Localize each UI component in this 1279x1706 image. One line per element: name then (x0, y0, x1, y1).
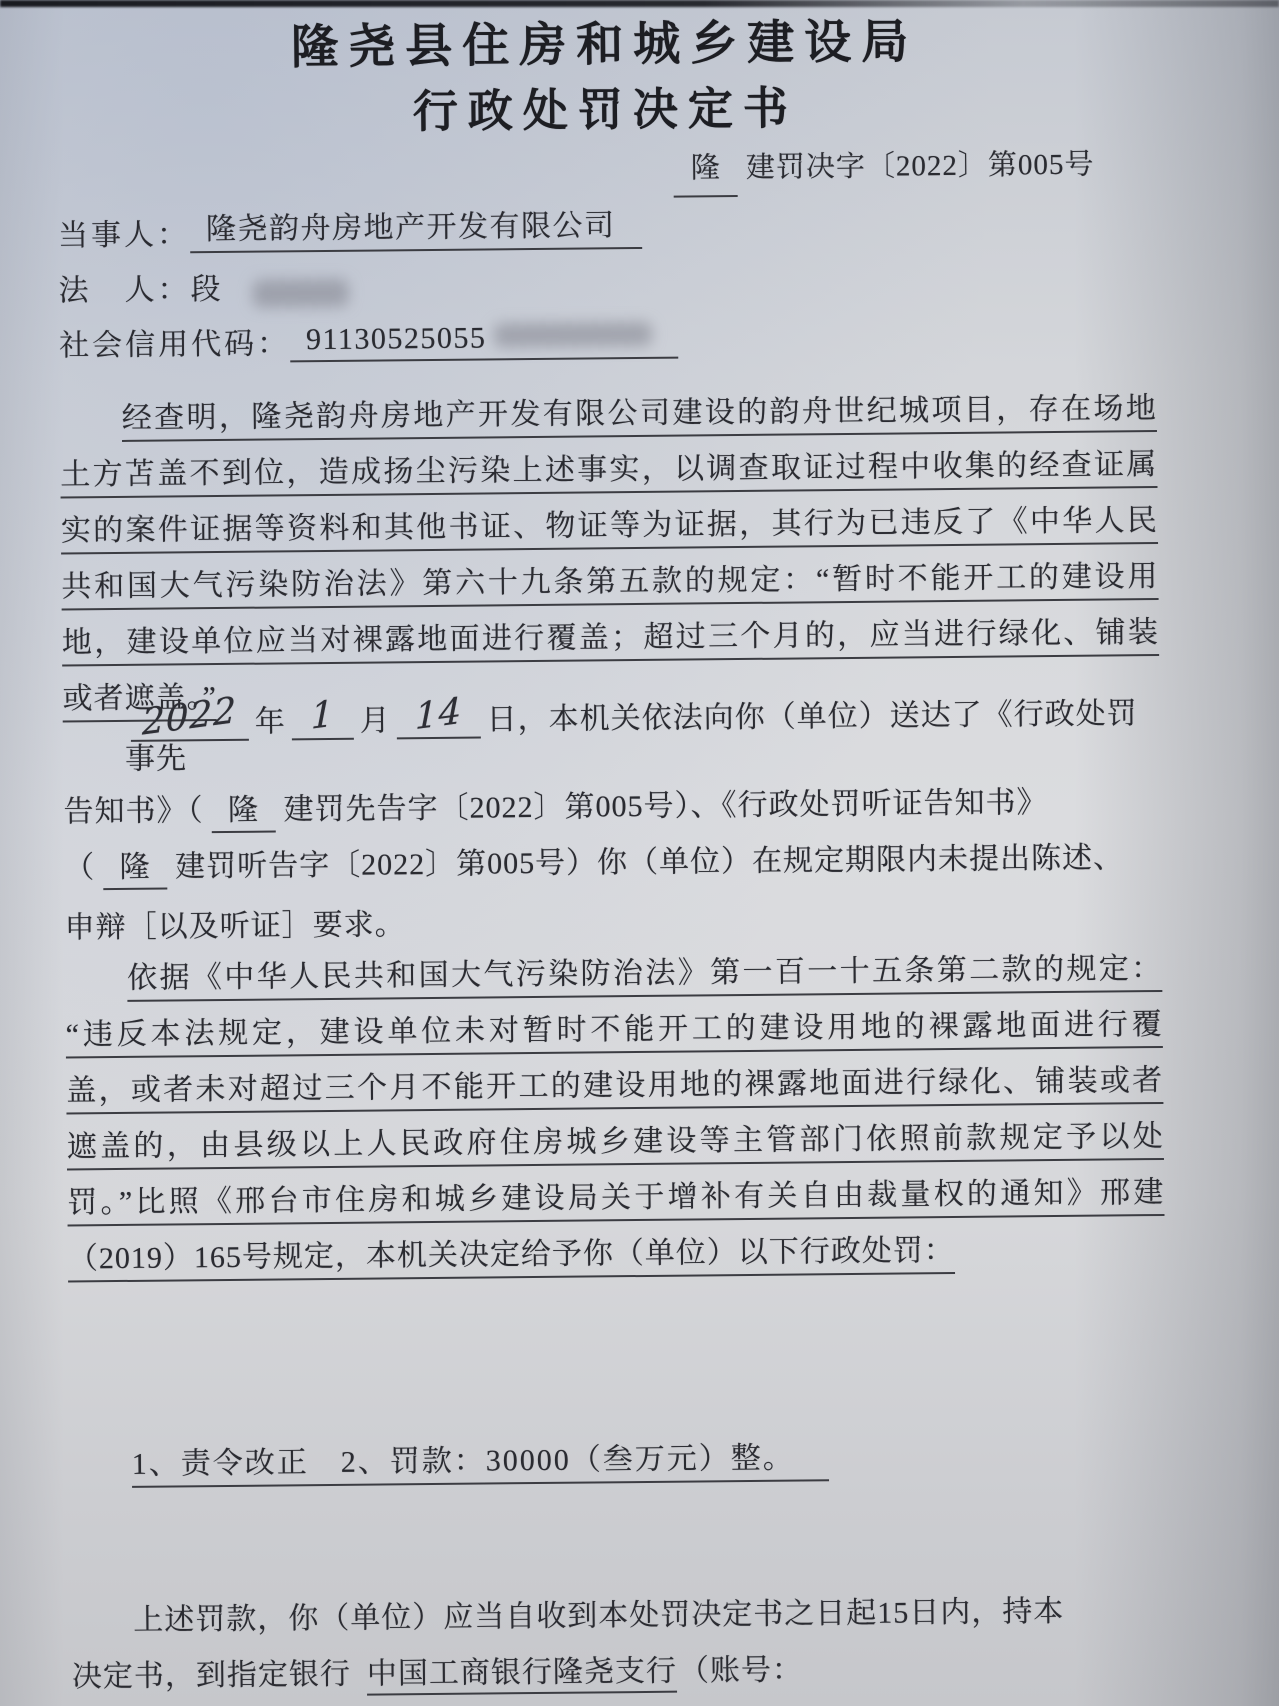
para4-line-1: 上述罚款，你（单位）应当自收到本处罚决定书之日起15日内，持本 (71, 1573, 1168, 1640)
document-number-text: 建罚决字〔2022〕第005号 (746, 149, 1095, 184)
document-number-prefix-blank: 隆 (674, 143, 739, 198)
para1-line-3: 实的案件证据等资料和其他书证、物证等为证据，其行为已违反了《中华人民 (61, 488, 1158, 555)
para1-line-1: 经查明，隆尧韵舟房地产开发有限公司建设的韵舟世纪城项目，存在场地 (59, 376, 1156, 443)
month-unit: 月 (360, 704, 391, 737)
para2-line-4: 申辩［以及听证］要求。 (64, 880, 1161, 947)
day-unit: 日， (487, 703, 549, 737)
para2-line-3-pre: （ (64, 851, 95, 884)
redaction-blur (252, 279, 348, 308)
issuer-blank: 隆 (211, 792, 275, 833)
credit-code-value: 91130525055 (290, 320, 679, 363)
date-year-blank: 2022 (131, 701, 249, 742)
para3-line-2: “违反本法规定，建设单位未对暂时不能开工的建设用地的裸露地面进行覆 (65, 992, 1162, 1059)
handwritten-year: 2022 (142, 693, 237, 742)
para1-line-5: 地，建设单位应当对裸露地面进行覆盖；超过三个月的，应当进行绿化、铺装 (62, 600, 1159, 667)
legal-rep-value: 段 (190, 264, 222, 308)
handwritten-month: 1 (311, 696, 335, 735)
document-title-line1: 隆尧县住房和城乡建设局 (56, 1, 1154, 86)
para1-line-4: 共和国大气污染防治法》第六十九条第五款的规定：“暂时不能开工的建设用 (61, 544, 1158, 611)
spacer (68, 1272, 1166, 1433)
date-day-blank: 14 (397, 699, 481, 740)
document-number: 隆建罚决字〔2022〕第005号 (57, 139, 1154, 200)
issuer-blank: 隆 (103, 850, 167, 891)
penalty-decision-document: 隆尧县住房和城乡建设局 行政处罚决定书 隆建罚决字〔2022〕第005号 当事人… (0, 0, 1279, 1706)
para3-line-1: 依据《中华人民共和国大气污染防治法》第一百一十五条第二款的规定： (65, 936, 1162, 1003)
party-value: 隆尧韵舟房地产开发有限公司 (190, 200, 642, 253)
para2-date-line: 2022年1月14日，本机关依法向你（单位）送达了《行政处罚事先 (63, 712, 1160, 779)
redaction-blur (494, 322, 652, 348)
spacer (70, 1478, 1168, 1584)
para2-line-3-rest: 建罚听告字〔2022〕第005号）你（单位）在规定期限内未提出陈述、 (175, 841, 1124, 883)
para1-line-2: 土方苫盖不到位，造成扬尘污染上述事实，以调查取证过程中收集的经查证属 (60, 432, 1157, 499)
year-unit: 年 (255, 705, 286, 738)
para4-line-2: 决定书，到指定银行中国工商银行隆尧支行（账号： (72, 1629, 1169, 1696)
credit-code-digits: 91130525055 (306, 321, 487, 356)
para2-line-3: （隆建罚听告字〔2022〕第005号）你（单位）在规定期限内未提出陈述、 (64, 824, 1161, 891)
para3-line-5: 罚。”比照《邢台市住房和城乡建设局关于增补有关自由裁量权的通知》邢建 (67, 1160, 1164, 1227)
date-month-blank: 1 (292, 700, 354, 741)
handwritten-day: 14 (415, 694, 463, 737)
bank-name: 中国工商银行隆尧支行 (367, 1655, 677, 1696)
party-label: 当事人： (58, 209, 190, 254)
document-title-line2: 行政处罚决定书 (57, 75, 1155, 150)
legal-rep-label: 法 人： (58, 264, 190, 309)
para3-line-3: 盖，或者未对超过三个月不能开工的建设用地的裸露地面进行绿化、铺装或者 (66, 1048, 1163, 1115)
date-sentence: 2022年1月14日，本机关依法向你（单位）送达了《行政处罚事先 (125, 692, 1161, 778)
para4-line-2-text: 决定书，到指定银行中国工商银行隆尧支行（账号： (72, 1652, 803, 1695)
para2-line-2-pre: 告知书》（ (63, 794, 203, 828)
para3-line-6: （2019）165号规定，本机关决定给予你（单位）以下行政处罚： (68, 1216, 1165, 1283)
para3-line-4: 遮盖的，由县级以上人民政府住房城乡建设等主管部门依照前款规定予以处 (66, 1104, 1163, 1171)
account-label: （账号： (679, 1653, 803, 1687)
para2-line-2-rest: 建罚先告字〔2022〕第005号）、《行政处罚听证告知书》 (283, 786, 1047, 826)
para2-line-2: 告知书》（隆建罚先告字〔2022〕第005号）、《行政处罚听证告知书》 (63, 768, 1160, 835)
para4-line-2-pre: 决定书，到指定银行 (72, 1658, 351, 1694)
credit-code-label: 社会信用代码： (59, 318, 290, 364)
penalty-decision-line: 1、责令改正 2、罚款：30000（叁万元）整。 (70, 1422, 1167, 1489)
